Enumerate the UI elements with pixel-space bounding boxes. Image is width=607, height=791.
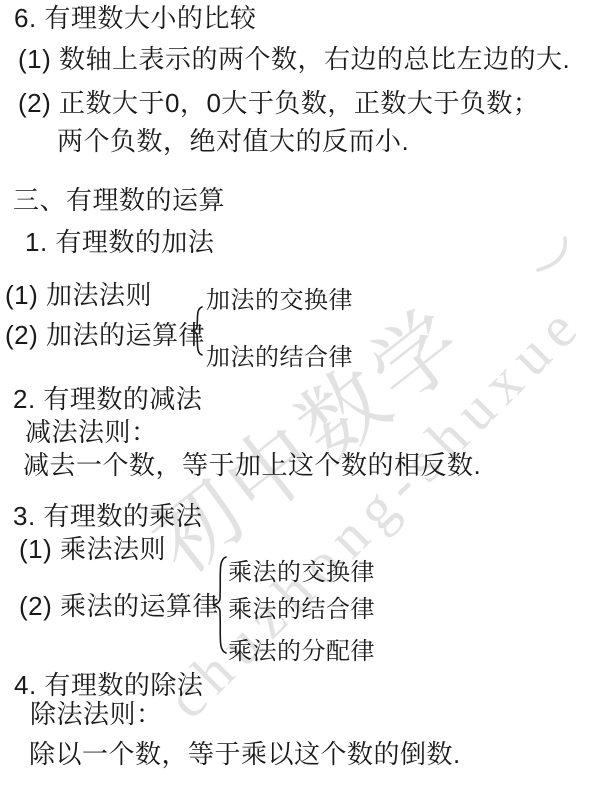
multiplication-law-commutative: 乘法的交换律 (228, 559, 375, 587)
heading-compare: 6. 有理数大小的比较 (14, 4, 256, 34)
division-rule-label: 除法法则： (30, 700, 163, 730)
addition-laws-label: (2) 加法的运算律 (5, 321, 205, 351)
heading-addition: 1. 有理数的加法 (25, 228, 214, 258)
multiplication-rule-label: (1) 乘法法则 (19, 535, 166, 565)
subtraction-rule-label: 减法法则： (25, 418, 158, 448)
subtraction-rule-text: 减去一个数，等于加上这个数的相反数. (23, 451, 481, 481)
heading-multiplication: 3. 有理数的乘法 (13, 502, 202, 532)
division-rule-text: 除以一个数，等于乘以这个数的倒数. (29, 740, 461, 770)
watermark-stroke (535, 236, 569, 274)
multiplication-law-distributive: 乘法的分配律 (228, 638, 375, 666)
addition-law-commutative: 加法的交换律 (206, 287, 353, 315)
addition-rule-label: (1) 加法法则 (5, 281, 152, 311)
multiplication-law-associative: 乘法的结合律 (228, 596, 375, 624)
notes-page: 初中数学 chuzhong-shuxue 6. 有理数大小的比较 (1) 数轴上… (0, 0, 607, 791)
compare-rule-1: (1) 数轴上表示的两个数，右边的总比左边的大. (18, 45, 570, 75)
heading-division: 4. 有理数的除法 (14, 671, 203, 701)
multiplication-laws-label: (2) 乘法的运算律 (19, 592, 219, 622)
compare-rule-2: (2) 正数大于0，0大于负数，正数大于负数； (18, 89, 539, 119)
section-title-operations: 三、有理数的运算 (13, 186, 225, 216)
heading-subtraction: 2. 有理数的减法 (13, 385, 202, 415)
addition-law-associative: 加法的结合律 (206, 344, 353, 372)
compare-rule-2-continued: 两个负数，绝对值大的反而小. (57, 127, 409, 157)
